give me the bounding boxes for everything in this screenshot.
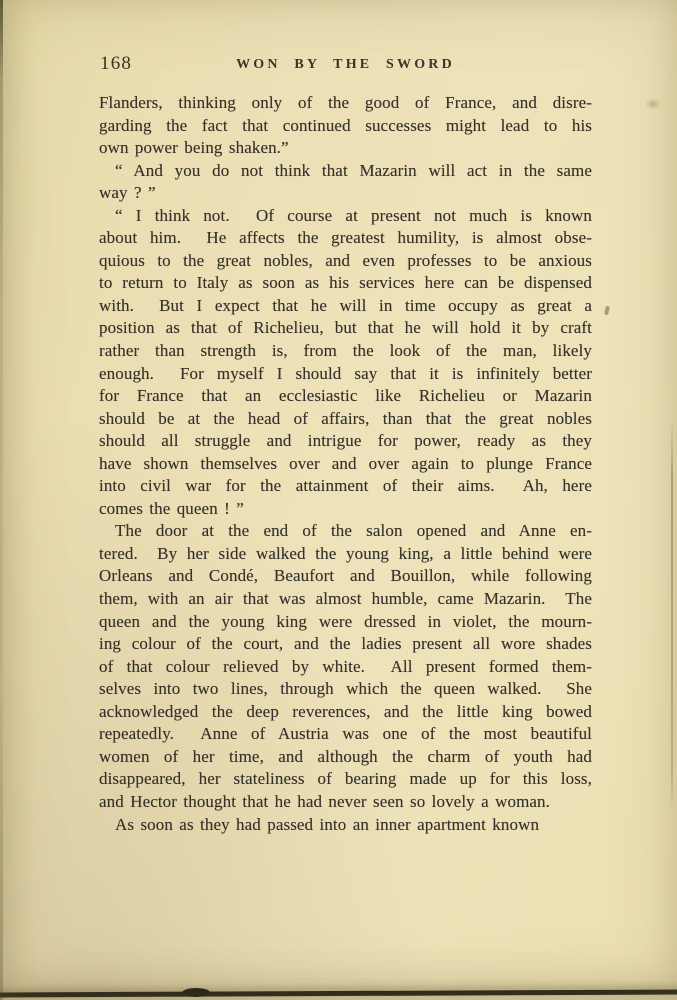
text-line: “ And you do not think that Mazarin will… [99, 160, 592, 183]
text-line: acknowledged the deep reverences, and th… [99, 701, 592, 724]
page-left-edge [0, 0, 3, 1000]
paragraph: The door at the end of the salon opened … [99, 520, 592, 813]
text-line: with. But I expect that he will in time … [99, 295, 592, 318]
text-line: quious to the great nobles, and even pro… [99, 250, 592, 273]
text-line: should all struggle and intrigue for pow… [99, 430, 592, 453]
text-line: selves into two lines, through which the… [99, 678, 592, 701]
text-line: them, with an air that was almost humble… [99, 588, 592, 611]
text-line: women of her time, and although the char… [99, 746, 592, 769]
text-line: garding the fact that continued successe… [99, 115, 592, 138]
scan-smudge [645, 98, 661, 110]
text-line: rather than strength is, from the look o… [99, 340, 592, 363]
text-line: and Hector thought that he had never see… [99, 791, 592, 814]
text-line: repeatedly. Anne of Austria was one of t… [99, 723, 592, 746]
paragraph: As soon as they had passed into an inner… [99, 814, 592, 837]
text-line: into civil war for the attainment of the… [99, 475, 592, 498]
text-line: Flanders, thinking only of the good of F… [99, 92, 592, 115]
text-line: to return to Italy as soon as his servic… [99, 272, 592, 295]
text-line: of that colour relieved by white. All pr… [99, 656, 592, 679]
page-right-crease [671, 420, 673, 810]
text-line: Orleans and Condé, Beaufort and Bouillon… [99, 565, 592, 588]
text-line: disappeared, her stateliness of bearing … [99, 768, 592, 791]
scan-bottom-edge [0, 990, 677, 998]
paragraph: “ I think not. Of course at present not … [99, 205, 592, 521]
text-line: position as that of Richelieu, but that … [99, 317, 592, 340]
text-line: tered. By her side walked the young king… [99, 543, 592, 566]
text-line: As soon as they had passed into an inner… [99, 814, 592, 837]
scan-bottom-edge-blob [182, 988, 210, 997]
text-line: should be at the head of affairs, than t… [99, 408, 592, 431]
text-line: ing colour of the court, and the ladies … [99, 633, 592, 656]
text-line: about him. He affects the greatest humil… [99, 227, 592, 250]
text-line: enough. For myself I should say that it … [99, 363, 592, 386]
paragraph: “ And you do not think that Mazarin will… [99, 160, 592, 205]
text-line: “ I think not. Of course at present not … [99, 205, 592, 228]
scan-ink-speck [604, 306, 610, 316]
running-header: WON BY THE SWORD [99, 57, 592, 73]
text-line: comes the queen ! ” [99, 498, 592, 521]
text-line: queen and the young king were dressed in… [99, 611, 592, 634]
text-line: way ? ” [99, 182, 592, 205]
body-text: Flanders, thinking only of the good of F… [99, 92, 592, 836]
book-page-scan: 168 WON BY THE SWORD Flanders, thinking … [0, 0, 677, 1000]
paragraph: Flanders, thinking only of the good of F… [99, 92, 592, 160]
text-line: The door at the end of the salon opened … [99, 520, 592, 543]
text-line: have shown themselves over and over agai… [99, 453, 592, 476]
text-line: for France that an ecclesiastic like Ric… [99, 385, 592, 408]
text-line: own power being shaken.” [99, 137, 592, 160]
